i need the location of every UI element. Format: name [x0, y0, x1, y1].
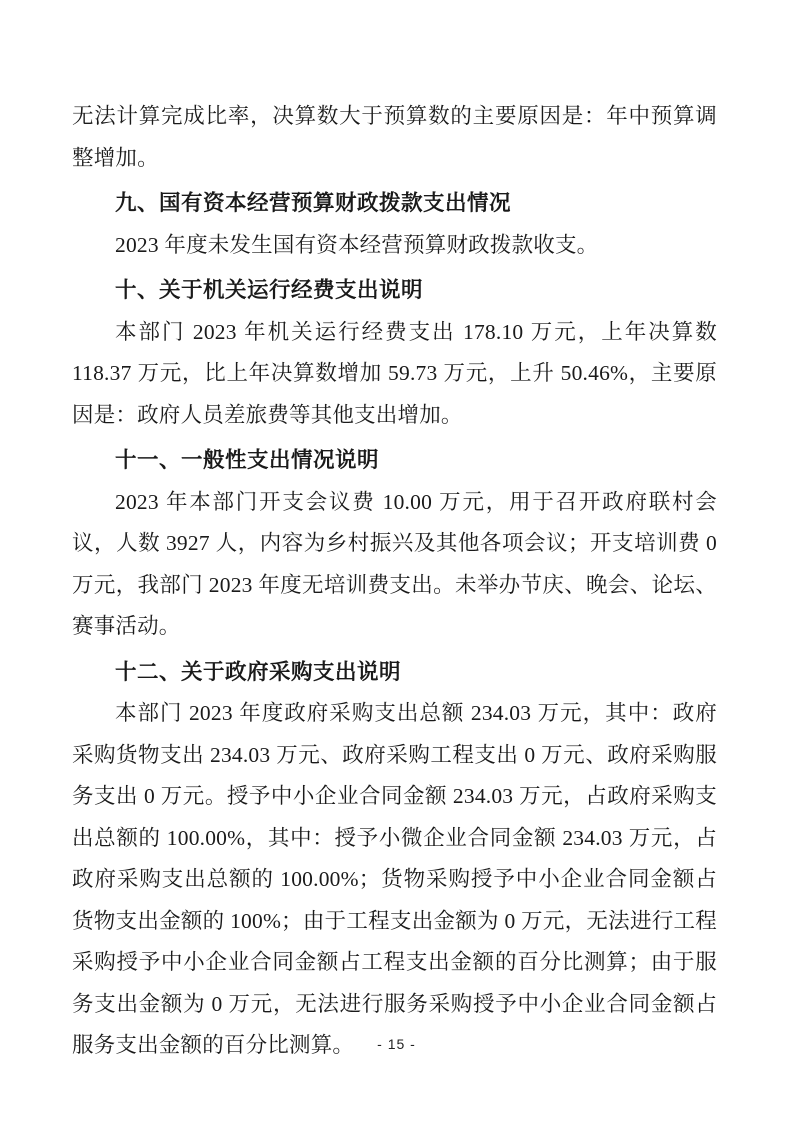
page-footer: - 15 - [0, 1036, 793, 1052]
body-paragraph: 2023 年本部门开支会议费 10.00 万元，用于召开政府联村会议，人数 39… [72, 482, 717, 648]
section-heading: 十、关于机关运行经费支出说明 [72, 270, 717, 312]
body-paragraph: 本部门 2023 年机关运行经费支出 178.10 万元，上年决算数 118.3… [72, 312, 717, 437]
body-paragraph: 本部门 2023 年度政府采购支出总额 234.03 万元，其中：政府采购货物支… [72, 693, 717, 1067]
page-number: - 15 - [377, 1036, 416, 1052]
section-heading: 十二、关于政府采购支出说明 [72, 652, 717, 694]
document-body: 无法计算完成比率，决算数大于预算数的主要原因是：年中预算调整增加。九、国有资本经… [72, 96, 717, 1067]
section-heading: 九、国有资本经营预算财政拨款支出情况 [72, 183, 717, 225]
body-paragraph: 无法计算完成比率，决算数大于预算数的主要原因是：年中预算调整增加。 [72, 96, 717, 179]
document-page: 无法计算完成比率，决算数大于预算数的主要原因是：年中预算调整增加。九、国有资本经… [0, 0, 793, 1122]
section-heading: 十一、一般性支出情况说明 [72, 440, 717, 482]
body-paragraph: 2023 年度未发生国有资本经营预算财政拨款收支。 [72, 225, 717, 267]
